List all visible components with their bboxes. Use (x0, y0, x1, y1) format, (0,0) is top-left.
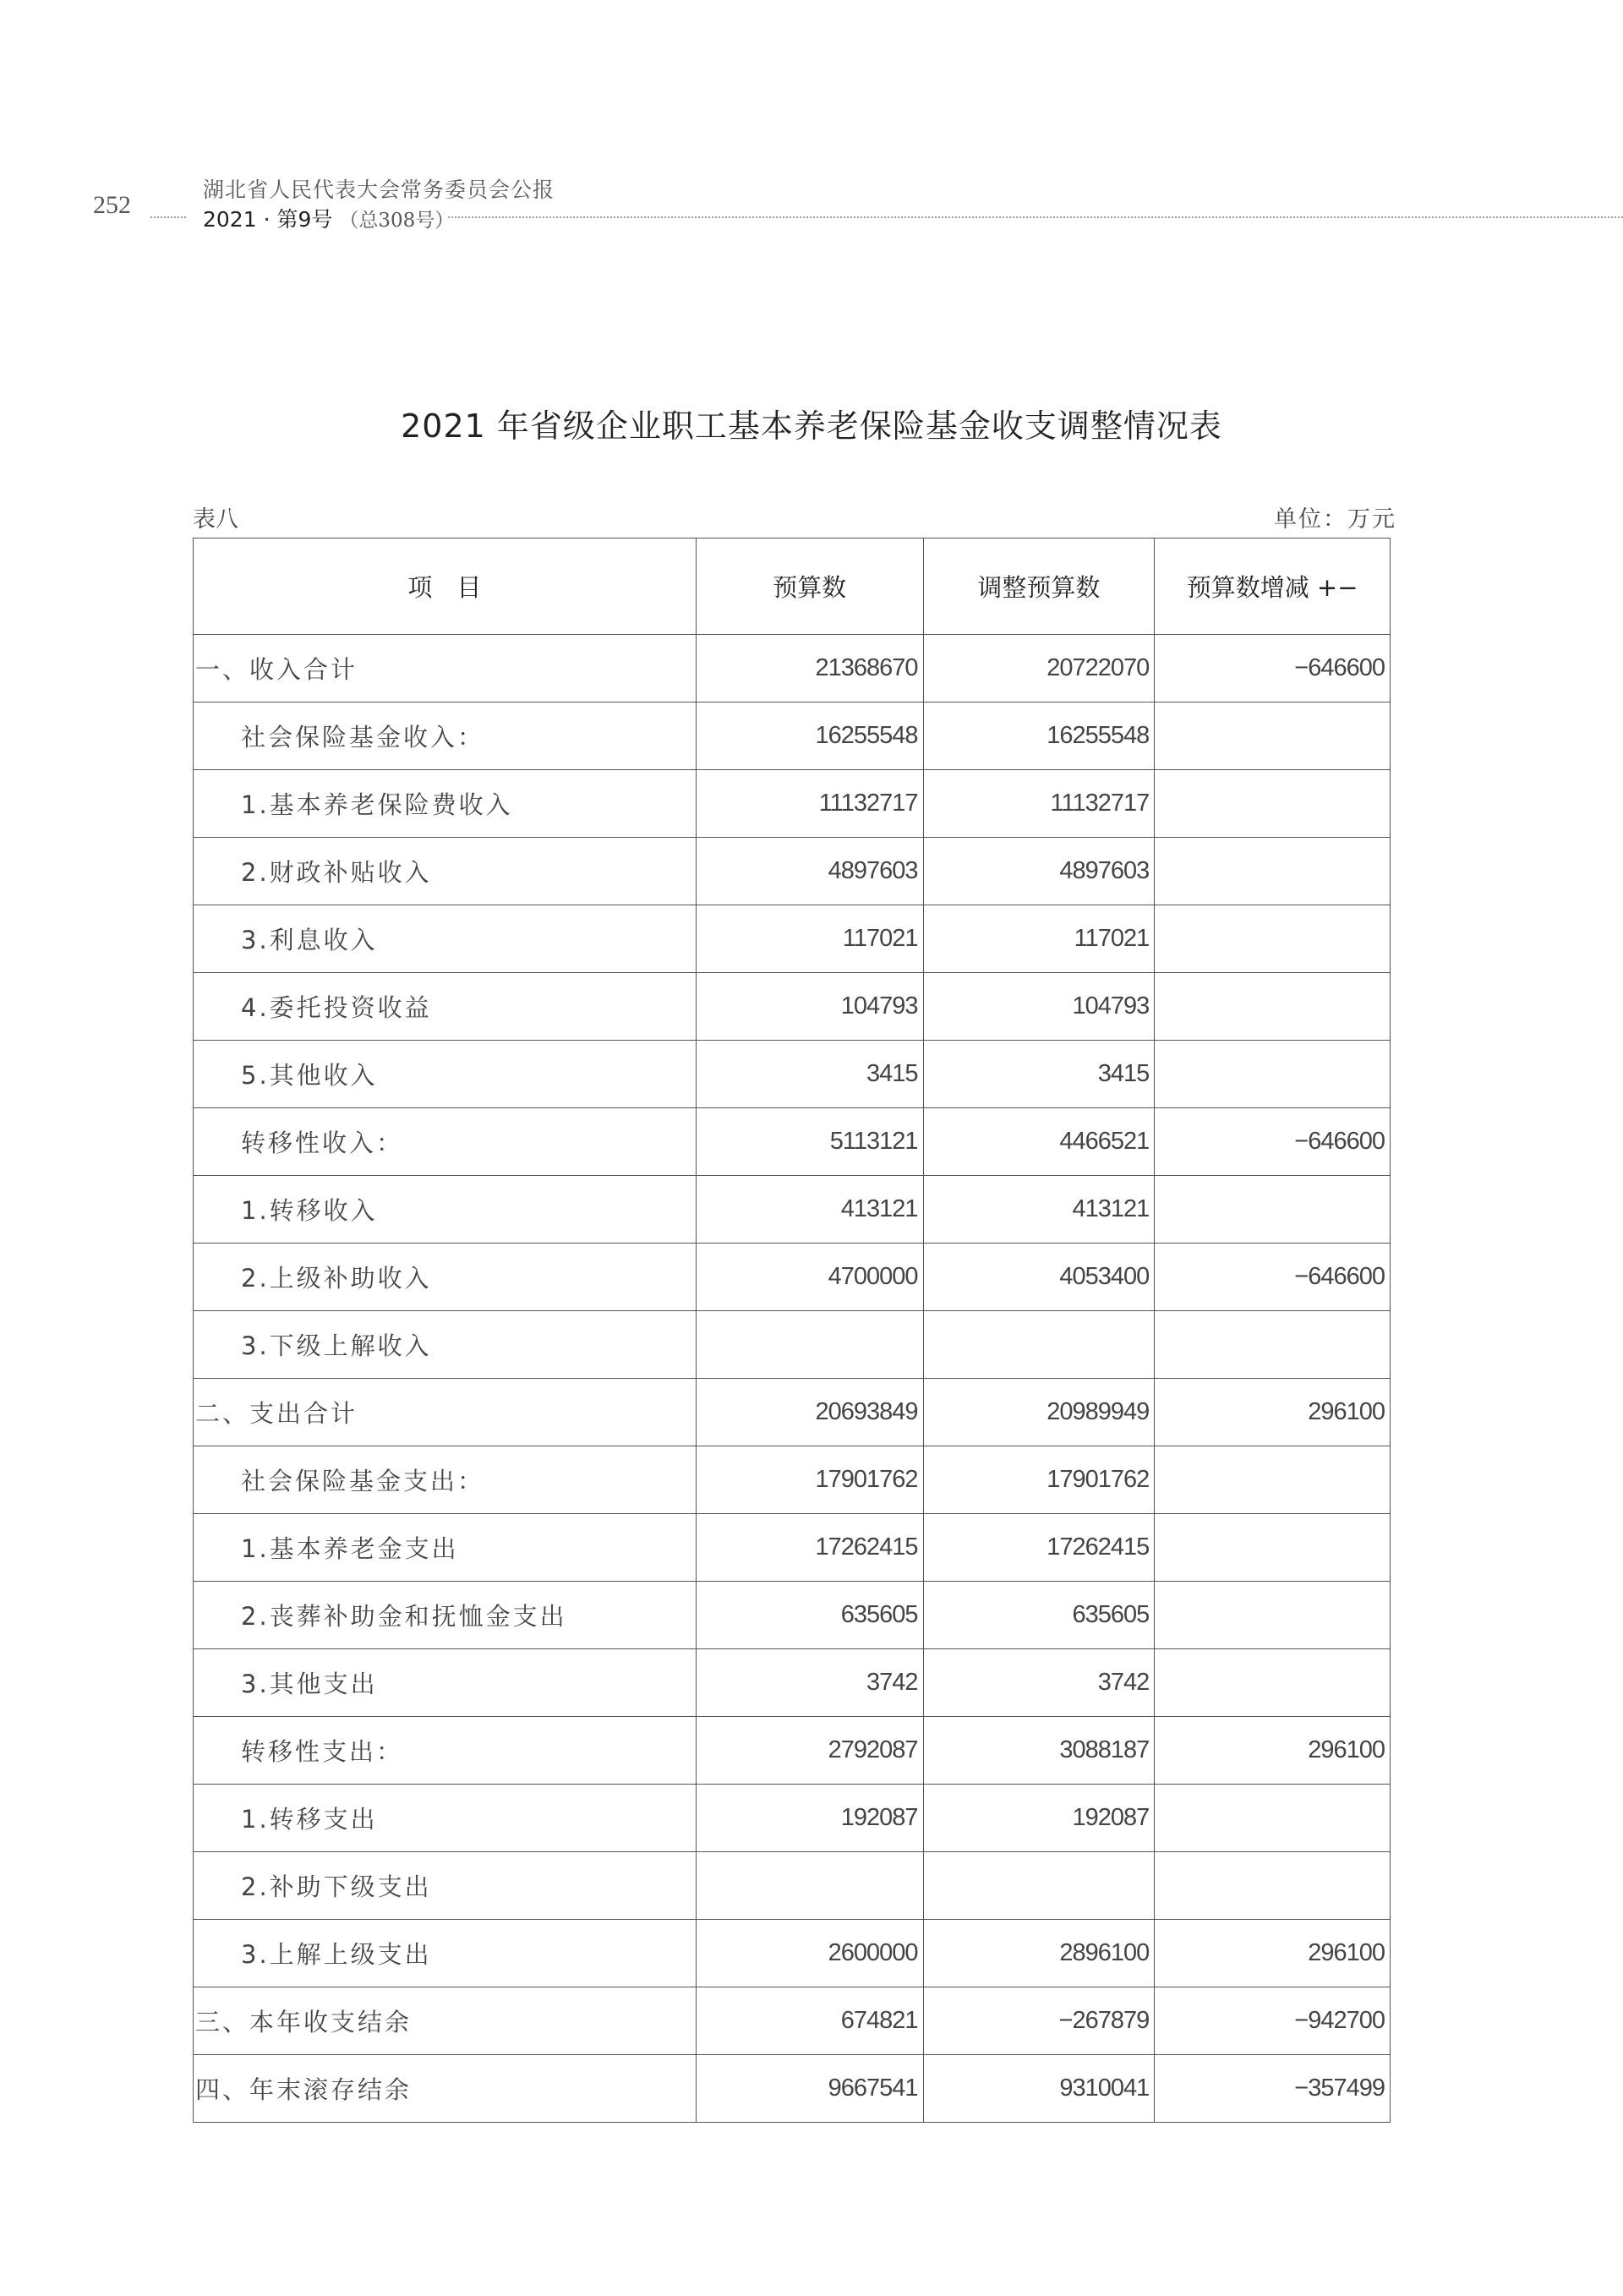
row-item-label: 四、年末滚存结余 (194, 2055, 697, 2123)
table-row: 1.转移支出192087192087 (194, 1785, 1391, 1852)
row-change-value: −646600 (1155, 635, 1391, 702)
row-item-label: 5.其他收入 (194, 1041, 697, 1108)
table-row: 2.补助下级支出 (194, 1852, 1391, 1920)
row-adjusted-value: 104793 (923, 973, 1155, 1041)
table-body: 一、收入合计2136867020722070−646600社会保险基金收入：16… (194, 635, 1391, 2123)
row-change-value (1155, 973, 1391, 1041)
row-item-label: 转移性收入： (194, 1108, 697, 1176)
row-item-label: 1.基本养老保险费收入 (194, 770, 697, 838)
row-adjusted-value: 2896100 (923, 1920, 1155, 1987)
row-budget-value: 3742 (696, 1649, 923, 1717)
row-budget-value: 9667541 (696, 2055, 923, 2123)
row-change-value: −942700 (1155, 1987, 1391, 2055)
row-item-label: 2.财政补贴收入 (194, 838, 697, 905)
row-adjusted-value: 9310041 (923, 2055, 1155, 2123)
row-item-label: 3.其他支出 (194, 1649, 697, 1717)
table-row: 转移性收入：51131214466521−646600 (194, 1108, 1391, 1176)
row-budget-value (696, 1852, 923, 1920)
row-item-label: 3.上解上级支出 (194, 1920, 697, 1987)
row-adjusted-value: 192087 (923, 1785, 1155, 1852)
row-adjusted-value (923, 1311, 1155, 1379)
row-adjusted-value (923, 1852, 1155, 1920)
row-change-value: 296100 (1155, 1920, 1391, 1987)
document-title: 2021 年省级企业职工基本养老保险基金收支调整情况表 (0, 400, 1623, 446)
table-row: 三、本年收支结余674821−267879−942700 (194, 1987, 1391, 2055)
row-change-value (1155, 1582, 1391, 1649)
table-row: 二、支出合计2069384920989949296100 (194, 1379, 1391, 1446)
column-header-adjusted-budget: 调整预算数 (923, 538, 1155, 635)
row-budget-value: 21368670 (696, 635, 923, 702)
row-change-value (1155, 1649, 1391, 1717)
row-adjusted-value: 17901762 (923, 1446, 1155, 1514)
row-change-value: 296100 (1155, 1379, 1391, 1446)
row-budget-value: 104793 (696, 973, 923, 1041)
issue-info: 2021 · 第9号 （总308号） (203, 203, 454, 233)
row-change-value (1155, 905, 1391, 973)
issue-total: （总308号） (339, 210, 454, 232)
row-adjusted-value: 4897603 (923, 838, 1155, 905)
row-item-label: 转移性支出： (194, 1717, 697, 1785)
row-item-label: 社会保险基金收入： (194, 702, 697, 770)
row-change-value (1155, 1852, 1391, 1920)
table-row: 社会保险基金支出：1790176217901762 (194, 1446, 1391, 1514)
row-budget-value: 4700000 (696, 1244, 923, 1311)
row-adjusted-value: 635605 (923, 1582, 1155, 1649)
table-row: 2.财政补贴收入48976034897603 (194, 838, 1391, 905)
row-item-label: 1.转移收入 (194, 1176, 697, 1244)
row-adjusted-value: 20722070 (923, 635, 1155, 702)
table-row: 四、年末滚存结余96675419310041−357499 (194, 2055, 1391, 2123)
row-adjusted-value: 3088187 (923, 1717, 1155, 1785)
row-adjusted-value: 4466521 (923, 1108, 1155, 1176)
row-item-label: 1.基本养老金支出 (194, 1514, 697, 1582)
row-change-value (1155, 838, 1391, 905)
row-change-value (1155, 770, 1391, 838)
row-item-label: 三、本年收支结余 (194, 1987, 697, 2055)
column-header-budget: 预算数 (696, 538, 923, 635)
column-header-change: 预算数增减 +− (1155, 538, 1391, 635)
table-header-row: 项 目 预算数 调整预算数 预算数增减 +− (194, 538, 1391, 635)
fund-adjustment-table: 项 目 预算数 调整预算数 预算数增减 +− 一、收入合计21368670207… (193, 538, 1391, 2123)
table-row: 3.上解上级支出26000002896100296100 (194, 1920, 1391, 1987)
row-budget-value: 11132717 (696, 770, 923, 838)
table-row: 2.上级补助收入47000004053400−646600 (194, 1244, 1391, 1311)
table-row: 4.委托投资收益104793104793 (194, 973, 1391, 1041)
table-label: 表八 (193, 500, 238, 533)
row-change-value (1155, 1514, 1391, 1582)
table-row: 社会保险基金收入：1625554816255548 (194, 702, 1391, 770)
row-adjusted-value: 3415 (923, 1041, 1155, 1108)
row-item-label: 3.利息收入 (194, 905, 697, 973)
row-adjusted-value: 11132717 (923, 770, 1155, 838)
table-row: 1.基本养老金支出1726241517262415 (194, 1514, 1391, 1582)
row-change-value: −357499 (1155, 2055, 1391, 2123)
row-adjusted-value: 413121 (923, 1176, 1155, 1244)
row-budget-value: 4897603 (696, 838, 923, 905)
row-change-value: 296100 (1155, 1717, 1391, 1785)
column-header-item: 项 目 (194, 538, 697, 635)
row-budget-value (696, 1311, 923, 1379)
row-budget-value: 192087 (696, 1785, 923, 1852)
row-adjusted-value: 117021 (923, 905, 1155, 973)
row-adjusted-value: 17262415 (923, 1514, 1155, 1582)
row-adjusted-value: 4053400 (923, 1244, 1155, 1311)
table-row: 3.其他支出37423742 (194, 1649, 1391, 1717)
header-rule (448, 216, 1623, 218)
row-change-value: −646600 (1155, 1244, 1391, 1311)
journal-name: 湖北省人民代表大会常务委员会公报 (203, 173, 555, 204)
row-change-value (1155, 1311, 1391, 1379)
row-item-label: 2.丧葬补助金和抚恤金支出 (194, 1582, 697, 1649)
row-change-value (1155, 1041, 1391, 1108)
row-item-label: 一、收入合计 (194, 635, 697, 702)
row-budget-value: 20693849 (696, 1379, 923, 1446)
row-item-label: 4.委托投资收益 (194, 973, 697, 1041)
page-number: 252 (93, 191, 131, 220)
table-row: 1.基本养老保险费收入1113271711132717 (194, 770, 1391, 838)
row-budget-value: 635605 (696, 1582, 923, 1649)
row-change-value (1155, 1176, 1391, 1244)
row-adjusted-value: 3742 (923, 1649, 1155, 1717)
table-row: 3.下级上解收入 (194, 1311, 1391, 1379)
row-change-value (1155, 702, 1391, 770)
row-budget-value: 2792087 (696, 1717, 923, 1785)
unit-label: 单位：万元 (1274, 500, 1396, 533)
table-row: 5.其他收入34153415 (194, 1041, 1391, 1108)
row-budget-value: 2600000 (696, 1920, 923, 1987)
table-row: 转移性支出：27920873088187296100 (194, 1717, 1391, 1785)
row-budget-value: 16255548 (696, 702, 923, 770)
row-item-label: 2.上级补助收入 (194, 1244, 697, 1311)
row-adjusted-value: 20989949 (923, 1379, 1155, 1446)
row-adjusted-value: −267879 (923, 1987, 1155, 2055)
issue-number: 2021 · 第9号 (203, 207, 332, 232)
row-adjusted-value: 16255548 (923, 702, 1155, 770)
row-item-label: 二、支出合计 (194, 1379, 697, 1446)
row-change-value (1155, 1446, 1391, 1514)
row-budget-value: 3415 (696, 1041, 923, 1108)
table-row: 1.转移收入413121413121 (194, 1176, 1391, 1244)
table-row: 一、收入合计2136867020722070−646600 (194, 635, 1391, 702)
row-budget-value: 117021 (696, 905, 923, 973)
row-budget-value: 17901762 (696, 1446, 923, 1514)
row-item-label: 1.转移支出 (194, 1785, 697, 1852)
row-item-label: 3.下级上解收入 (194, 1311, 697, 1379)
row-budget-value: 674821 (696, 1987, 923, 2055)
row-item-label: 2.补助下级支出 (194, 1852, 697, 1920)
table-row: 2.丧葬补助金和抚恤金支出635605635605 (194, 1582, 1391, 1649)
row-item-label: 社会保险基金支出： (194, 1446, 697, 1514)
row-budget-value: 413121 (696, 1176, 923, 1244)
row-change-value: −646600 (1155, 1108, 1391, 1176)
row-budget-value: 17262415 (696, 1514, 923, 1582)
row-change-value (1155, 1785, 1391, 1852)
row-budget-value: 5113121 (696, 1108, 923, 1176)
table-row: 3.利息收入117021117021 (194, 905, 1391, 973)
leader-dots (150, 216, 186, 218)
